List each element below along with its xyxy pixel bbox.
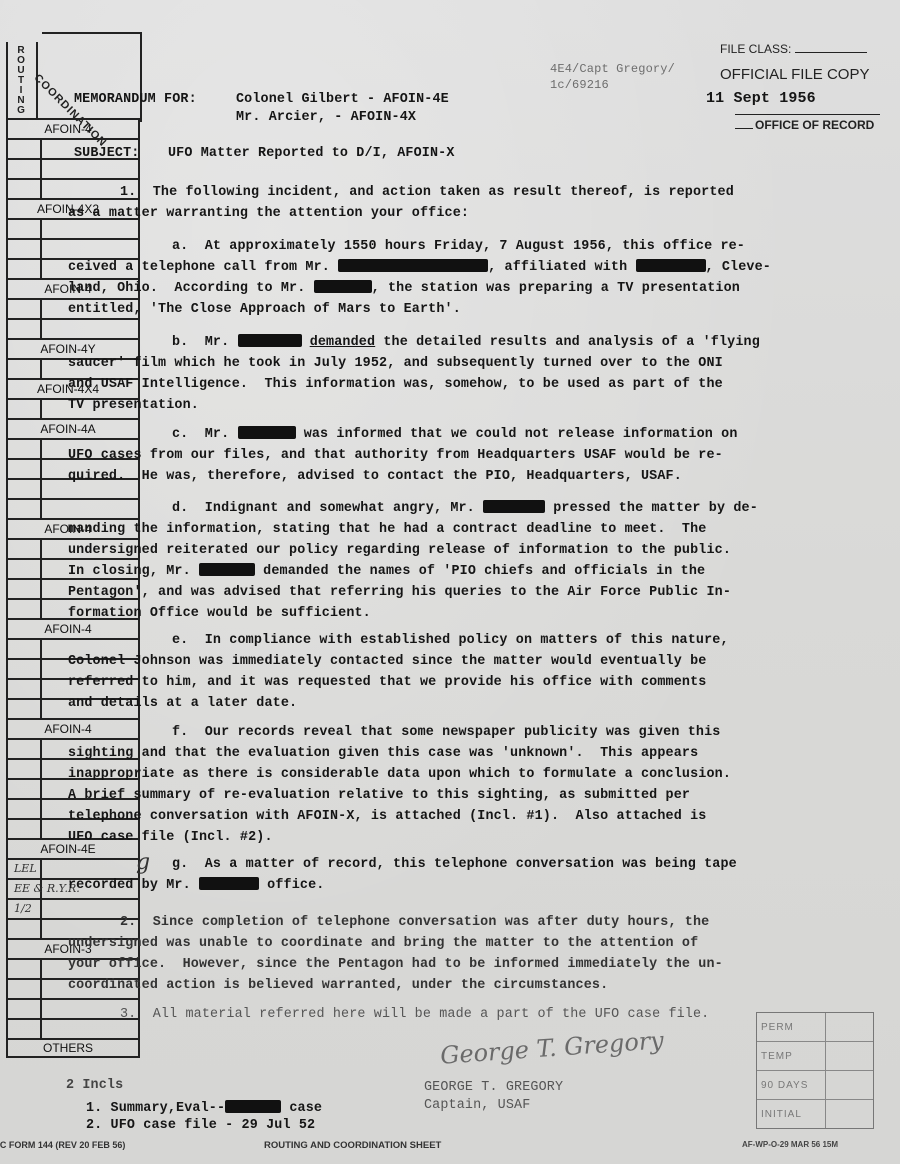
inclosure-1: 1. Summary,Eval-- case — [86, 1100, 322, 1116]
paragraph-1: 1. The following incident, and action ta… — [68, 182, 833, 224]
recipient-1: Colonel Gilbert - AFOIN-4E — [236, 92, 449, 107]
signer-name: GEORGE T. GREGORY — [424, 1080, 563, 1095]
memorandum-for-label: MEMORANDUM FOR: — [74, 92, 197, 107]
disposition-entry[interactable] — [826, 1042, 873, 1070]
disposition-row: 90 DAYS — [757, 1071, 873, 1100]
handwritten-signature: George T. Gregory — [439, 1026, 664, 1070]
redacted-name — [238, 334, 302, 347]
disposition-entry[interactable] — [826, 1013, 873, 1041]
redacted-station — [636, 259, 706, 272]
document-page: ROUTING COORDINATION AFOIN-4 AFOIN-4X2 A… — [0, 0, 900, 1164]
recipient-2: Mr. Arcier, - AFOIN-4X — [236, 110, 416, 125]
routing-label: ROUTING — [14, 46, 28, 116]
subject: UFO Matter Reported to D/I, AFOIN-X — [168, 146, 455, 161]
file-class-label: FILE CLASS: — [720, 42, 867, 56]
paragraph-f: f. Our records reveal that some newspape… — [68, 722, 833, 848]
redacted-name — [199, 877, 259, 890]
paragraph-d: d. Indignant and somewhat angry, Mr. pre… — [68, 498, 833, 624]
paragraph-a: a. At approximately 1550 hours Friday, 7… — [68, 236, 833, 320]
inclosure-count: 2 Incls — [66, 1078, 123, 1093]
routing-handwritten-initials: LEL — [14, 862, 37, 875]
paragraph-c: c. Mr. was informed that we could not re… — [68, 424, 833, 487]
routing-office: AFOIN-4 — [6, 118, 140, 138]
redacted-name — [314, 280, 372, 293]
paragraph-g: g. As a matter of record, this telephone… — [68, 854, 833, 896]
subject-label: SUBJECT: — [74, 146, 140, 161]
paragraph-e: e. In compliance with established policy… — [68, 630, 833, 714]
office-of-record: OFFICE OF RECORD — [735, 118, 874, 132]
print-code: AF-WP-O-29 MAR 56 15M — [742, 1140, 838, 1149]
disposition-row: INITIAL — [757, 1100, 873, 1128]
disposition-box: PERM TEMP 90 DAYS INITIAL — [756, 1012, 874, 1129]
disposition-row: TEMP — [757, 1042, 873, 1071]
redacted-name — [225, 1100, 281, 1113]
reference-line-2: 1c/69216 — [550, 78, 609, 92]
paragraph-b: b. Mr. demanded the detailed results and… — [68, 332, 833, 416]
paragraph-2: 2. Since completion of telephone convers… — [68, 912, 833, 996]
reference-line-1: 4E4/Capt Gregory/ — [550, 62, 675, 76]
disposition-entry[interactable] — [826, 1071, 873, 1099]
disposition-entry[interactable] — [826, 1100, 873, 1128]
office-of-record-rule — [735, 114, 880, 115]
redacted-name — [338, 259, 488, 272]
official-file-copy: OFFICIAL FILE COPY — [720, 66, 869, 83]
paragraph-3: 3. All material referred here will be ma… — [68, 1004, 833, 1025]
routing-handwritten-initials: 1/2 — [14, 902, 32, 915]
disposition-row: PERM — [757, 1013, 873, 1042]
redacted-name — [199, 563, 255, 576]
sheet-title: ROUTING AND COORDINATION SHEET — [264, 1140, 441, 1151]
signer-title: Captain, USAF — [424, 1098, 530, 1113]
memo-date: 11 Sept 1956 — [706, 90, 816, 107]
redacted-name — [238, 426, 296, 439]
handwritten-g-mark: g — [136, 850, 150, 875]
redacted-name — [483, 500, 545, 513]
routing-others: OTHERS — [6, 1038, 140, 1058]
inclosure-2: 2. UFO case file - 29 Jul 52 — [86, 1118, 315, 1133]
form-number: ATIC FORM 144 (REV 20 FEB 56) — [0, 1140, 125, 1150]
routing-header — [42, 32, 142, 122]
